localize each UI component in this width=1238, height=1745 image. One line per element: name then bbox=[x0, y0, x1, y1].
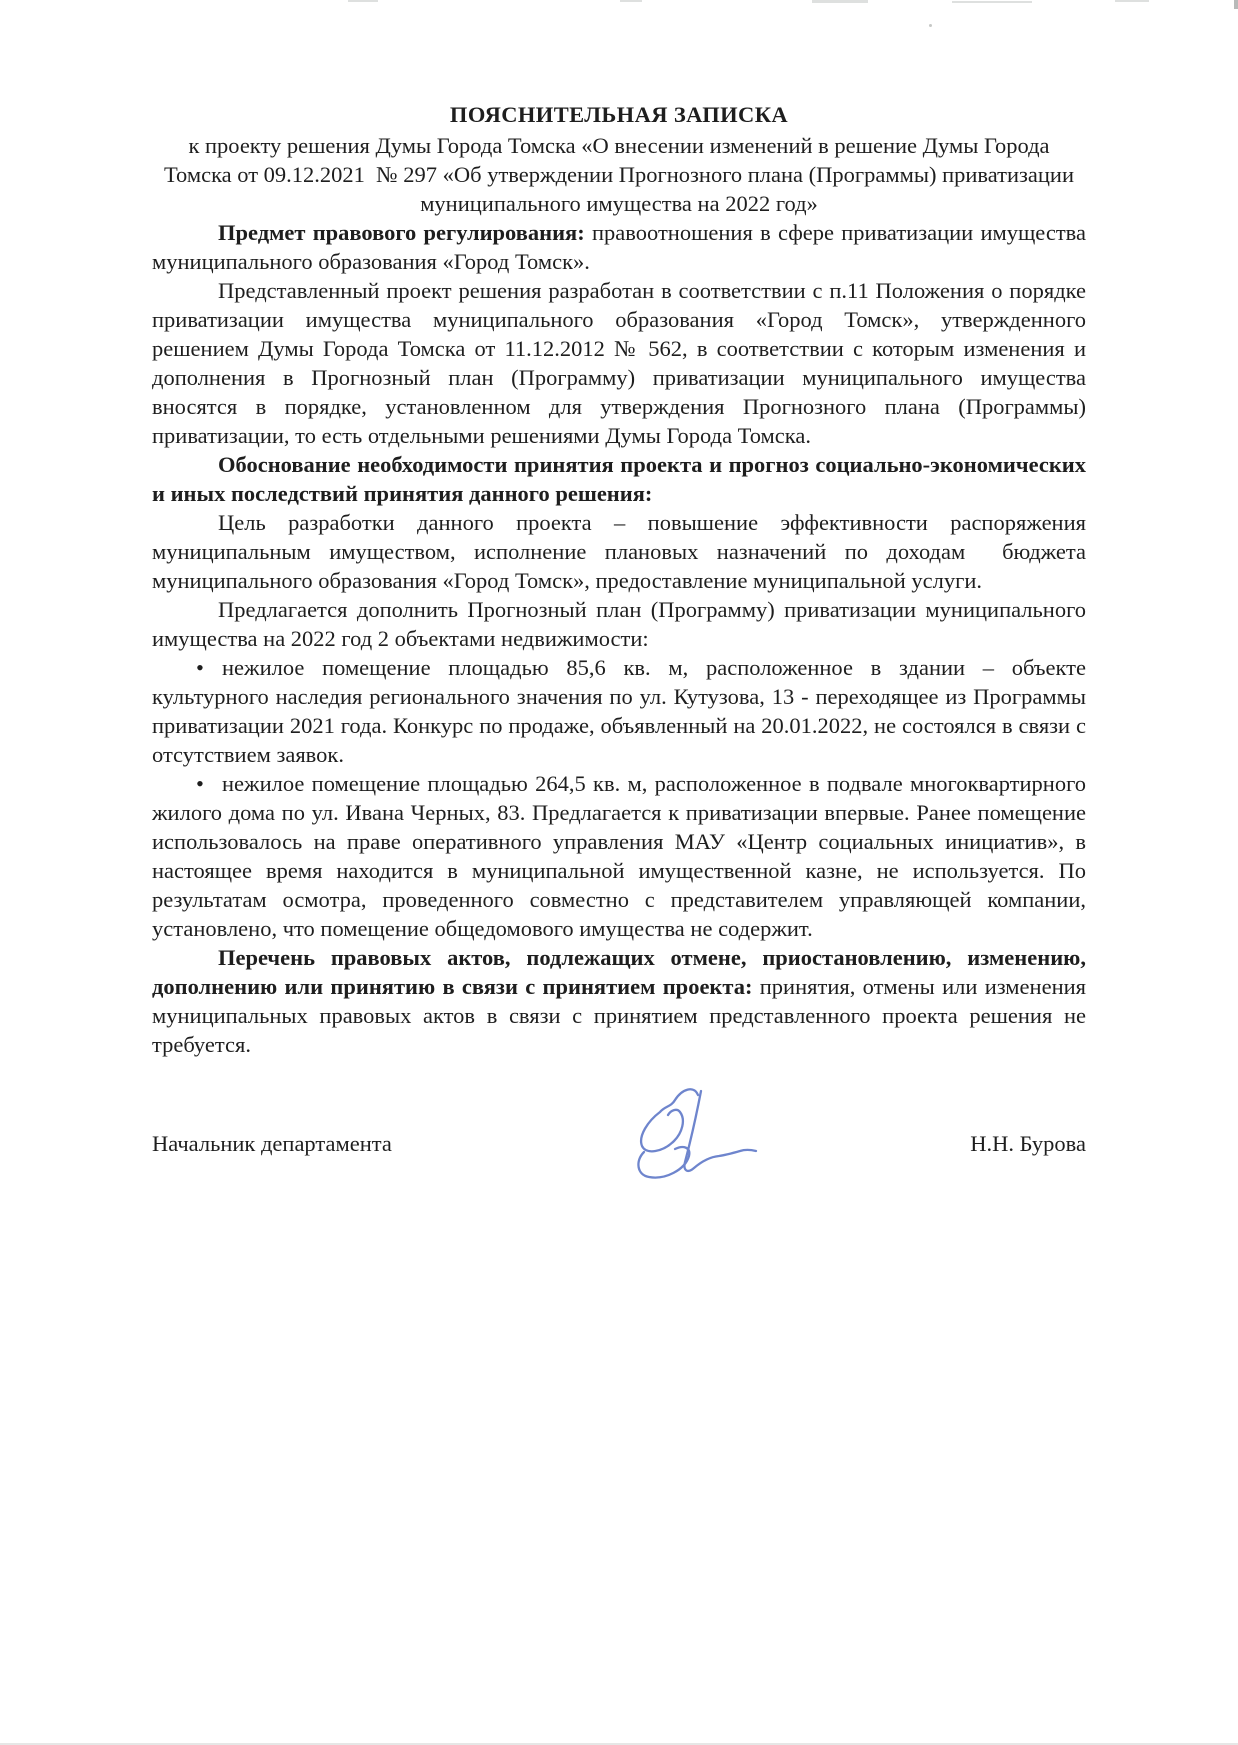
paragraph-legal-basis-text: Представленный проект решения разработан… bbox=[152, 278, 1086, 448]
paragraph-goal: Цель разработки данного проекта – повыше… bbox=[152, 508, 1086, 595]
bullet-item-ivana-chernykh: •нежилое помещение площадью 264,5 кв. м,… bbox=[152, 769, 1086, 943]
document-subtitle: к проекту решения Думы Города Томска «О … bbox=[163, 131, 1075, 218]
scan-artifact bbox=[1115, 0, 1149, 2]
bullet-item-kutuzova-text: нежилое помещение площадью 85,6 кв. м, р… bbox=[152, 655, 1086, 767]
scan-artifact bbox=[812, 0, 868, 3]
bullet-item-ivana-chernykh-text: нежилое помещение площадью 264,5 кв. м, … bbox=[152, 771, 1086, 941]
signature-position: Начальник департамента bbox=[152, 1129, 392, 1158]
document-page: ПОЯСНИТЕЛЬНАЯ ЗАПИСКА к проекту решения … bbox=[0, 0, 1238, 1745]
scan-artifact bbox=[348, 0, 378, 2]
scan-artifact bbox=[952, 1, 1032, 3]
section-heading-justification-text: Обоснование необходимости принятия проек… bbox=[152, 452, 1086, 506]
paragraph-goal-text: Цель разработки данного проекта – повыше… bbox=[152, 510, 1086, 593]
paragraph-proposal-text: Предлагается дополнить Прогнозный план (… bbox=[152, 597, 1086, 651]
paragraph-legal-acts: Перечень правовых актов, подлежащих отме… bbox=[152, 943, 1086, 1059]
signature-block: Начальник департамента Н.Н. Бурова bbox=[152, 1129, 1086, 1158]
section-heading-justification: Обоснование необходимости принятия проек… bbox=[152, 450, 1086, 508]
signature-scribble bbox=[630, 1057, 800, 1189]
paragraph-subject-lead: Предмет правового регулирования: bbox=[218, 220, 585, 245]
bullet-item-kutuzova: •нежилое помещение площадью 85,6 кв. м, … bbox=[152, 653, 1086, 769]
scan-artifact bbox=[1234, 0, 1238, 9]
paragraph-subject: Предмет правового регулирования: правоот… bbox=[152, 218, 1086, 276]
scan-artifact bbox=[620, 0, 642, 2]
bullet-icon: • bbox=[196, 653, 222, 682]
signature-name: Н.Н. Бурова bbox=[970, 1129, 1086, 1158]
paragraph-legal-basis: Представленный проект решения разработан… bbox=[152, 276, 1086, 450]
document-title: ПОЯСНИТЕЛЬНАЯ ЗАПИСКА bbox=[152, 100, 1086, 129]
bullet-icon: • bbox=[196, 769, 222, 798]
paragraph-proposal: Предлагается дополнить Прогнозный план (… bbox=[152, 595, 1086, 653]
scan-artifact bbox=[929, 24, 932, 27]
